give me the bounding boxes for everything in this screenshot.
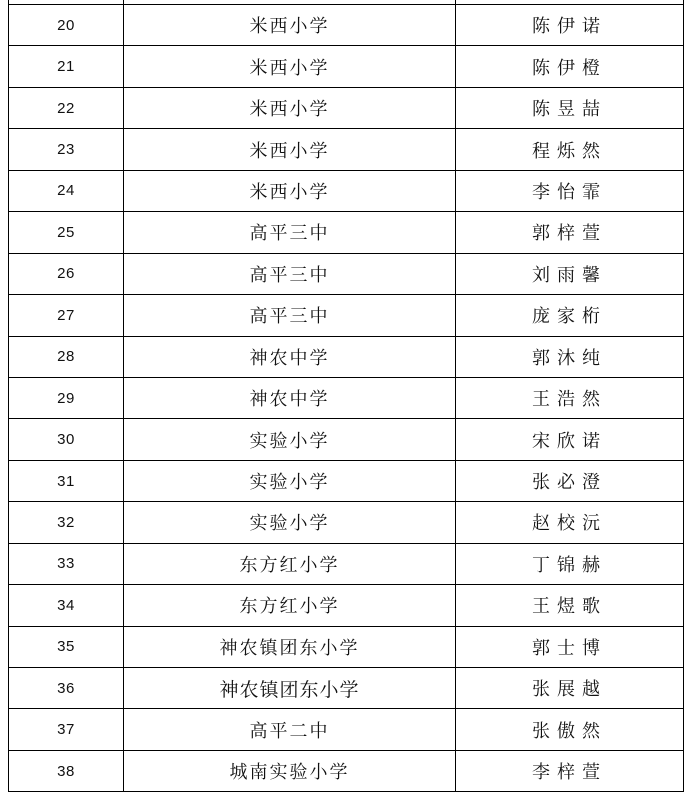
school-cell: 米西小学 — [124, 170, 456, 211]
table-row: 35 神农镇团东小学 郭士博 — [9, 626, 684, 667]
table-row: 30 实验小学 宋欣诺 — [9, 419, 684, 460]
row-number-cell: 22 — [9, 87, 124, 128]
school-cell: 米西小学 — [124, 46, 456, 87]
name-cell: 陈伊诺 — [456, 5, 684, 46]
school-cell: 神农镇团东小学 — [124, 668, 456, 709]
name-cell: 李怡霏 — [456, 170, 684, 211]
name-cell: 宋欣诺 — [456, 419, 684, 460]
row-number-cell: 35 — [9, 626, 124, 667]
row-number-cell: 25 — [9, 212, 124, 253]
school-cell: 高平三中 — [124, 253, 456, 294]
table-row: 36 神农镇团东小学 张展越 — [9, 668, 684, 709]
table-row: 23 米西小学 程烁然 — [9, 129, 684, 170]
name-cell: 陈伊橙 — [456, 46, 684, 87]
row-number-cell: 21 — [9, 46, 124, 87]
name-cell: 郭梓萱 — [456, 212, 684, 253]
school-cell: 实验小学 — [124, 502, 456, 543]
row-number-cell: 27 — [9, 295, 124, 336]
school-cell: 神农镇团东小学 — [124, 626, 456, 667]
table-row: 28 神农中学 郭沐纯 — [9, 336, 684, 377]
table-row: 26 高平三中 刘雨馨 — [9, 253, 684, 294]
school-cell: 米西小学 — [124, 87, 456, 128]
name-cell: 李梓萱 — [456, 750, 684, 791]
name-cell: 程烁然 — [456, 129, 684, 170]
row-number-cell: 26 — [9, 253, 124, 294]
school-cell: 神农中学 — [124, 377, 456, 418]
row-number-cell: 31 — [9, 460, 124, 501]
name-cell: 赵校沅 — [456, 502, 684, 543]
name-cell: 刘雨馨 — [456, 253, 684, 294]
row-number-cell: 38 — [9, 750, 124, 791]
name-cell: 丁锦赫 — [456, 543, 684, 584]
school-cell: 东方红小学 — [124, 585, 456, 626]
row-number-cell: 37 — [9, 709, 124, 750]
school-cell: 高平二中 — [124, 709, 456, 750]
school-cell: 米西小学 — [124, 129, 456, 170]
roster-table: 20 米西小学 陈伊诺 21 米西小学 陈伊橙 22 米西小学 陈昱喆 23 米… — [8, 0, 684, 792]
table-row: 31 实验小学 张必澄 — [9, 460, 684, 501]
row-number-cell: 36 — [9, 668, 124, 709]
row-number-cell: 28 — [9, 336, 124, 377]
name-cell: 郭沐纯 — [456, 336, 684, 377]
school-cell: 米西小学 — [124, 5, 456, 46]
table-row: 21 米西小学 陈伊橙 — [9, 46, 684, 87]
name-cell: 庞家桁 — [456, 295, 684, 336]
name-cell: 张傲然 — [456, 709, 684, 750]
school-cell: 实验小学 — [124, 460, 456, 501]
table-row: 20 米西小学 陈伊诺 — [9, 5, 684, 46]
table-row: 33 东方红小学 丁锦赫 — [9, 543, 684, 584]
school-cell: 高平三中 — [124, 295, 456, 336]
name-cell: 郭士博 — [456, 626, 684, 667]
row-number-cell: 23 — [9, 129, 124, 170]
row-number-cell: 34 — [9, 585, 124, 626]
table-row: 32 实验小学 赵校沅 — [9, 502, 684, 543]
row-number-cell: 24 — [9, 170, 124, 211]
name-cell: 张必澄 — [456, 460, 684, 501]
school-cell: 城南实验小学 — [124, 750, 456, 791]
row-number-cell: 33 — [9, 543, 124, 584]
table-row: 22 米西小学 陈昱喆 — [9, 87, 684, 128]
row-number-cell: 32 — [9, 502, 124, 543]
page: 20 米西小学 陈伊诺 21 米西小学 陈伊橙 22 米西小学 陈昱喆 23 米… — [0, 0, 700, 800]
row-number-cell: 30 — [9, 419, 124, 460]
row-number-cell: 29 — [9, 377, 124, 418]
table-row: 27 高平三中 庞家桁 — [9, 295, 684, 336]
table-row: 37 高平二中 张傲然 — [9, 709, 684, 750]
school-cell: 神农中学 — [124, 336, 456, 377]
table-row: 29 神农中学 王浩然 — [9, 377, 684, 418]
name-cell: 陈昱喆 — [456, 87, 684, 128]
name-cell: 张展越 — [456, 668, 684, 709]
table-row: 25 高平三中 郭梓萱 — [9, 212, 684, 253]
table-row: 38 城南实验小学 李梓萱 — [9, 750, 684, 791]
table-row: 24 米西小学 李怡霏 — [9, 170, 684, 211]
name-cell: 王煜歌 — [456, 585, 684, 626]
table-row: 34 东方红小学 王煜歌 — [9, 585, 684, 626]
name-cell: 王浩然 — [456, 377, 684, 418]
school-cell: 实验小学 — [124, 419, 456, 460]
school-cell: 东方红小学 — [124, 543, 456, 584]
school-cell: 高平三中 — [124, 212, 456, 253]
row-number-cell: 20 — [9, 5, 124, 46]
